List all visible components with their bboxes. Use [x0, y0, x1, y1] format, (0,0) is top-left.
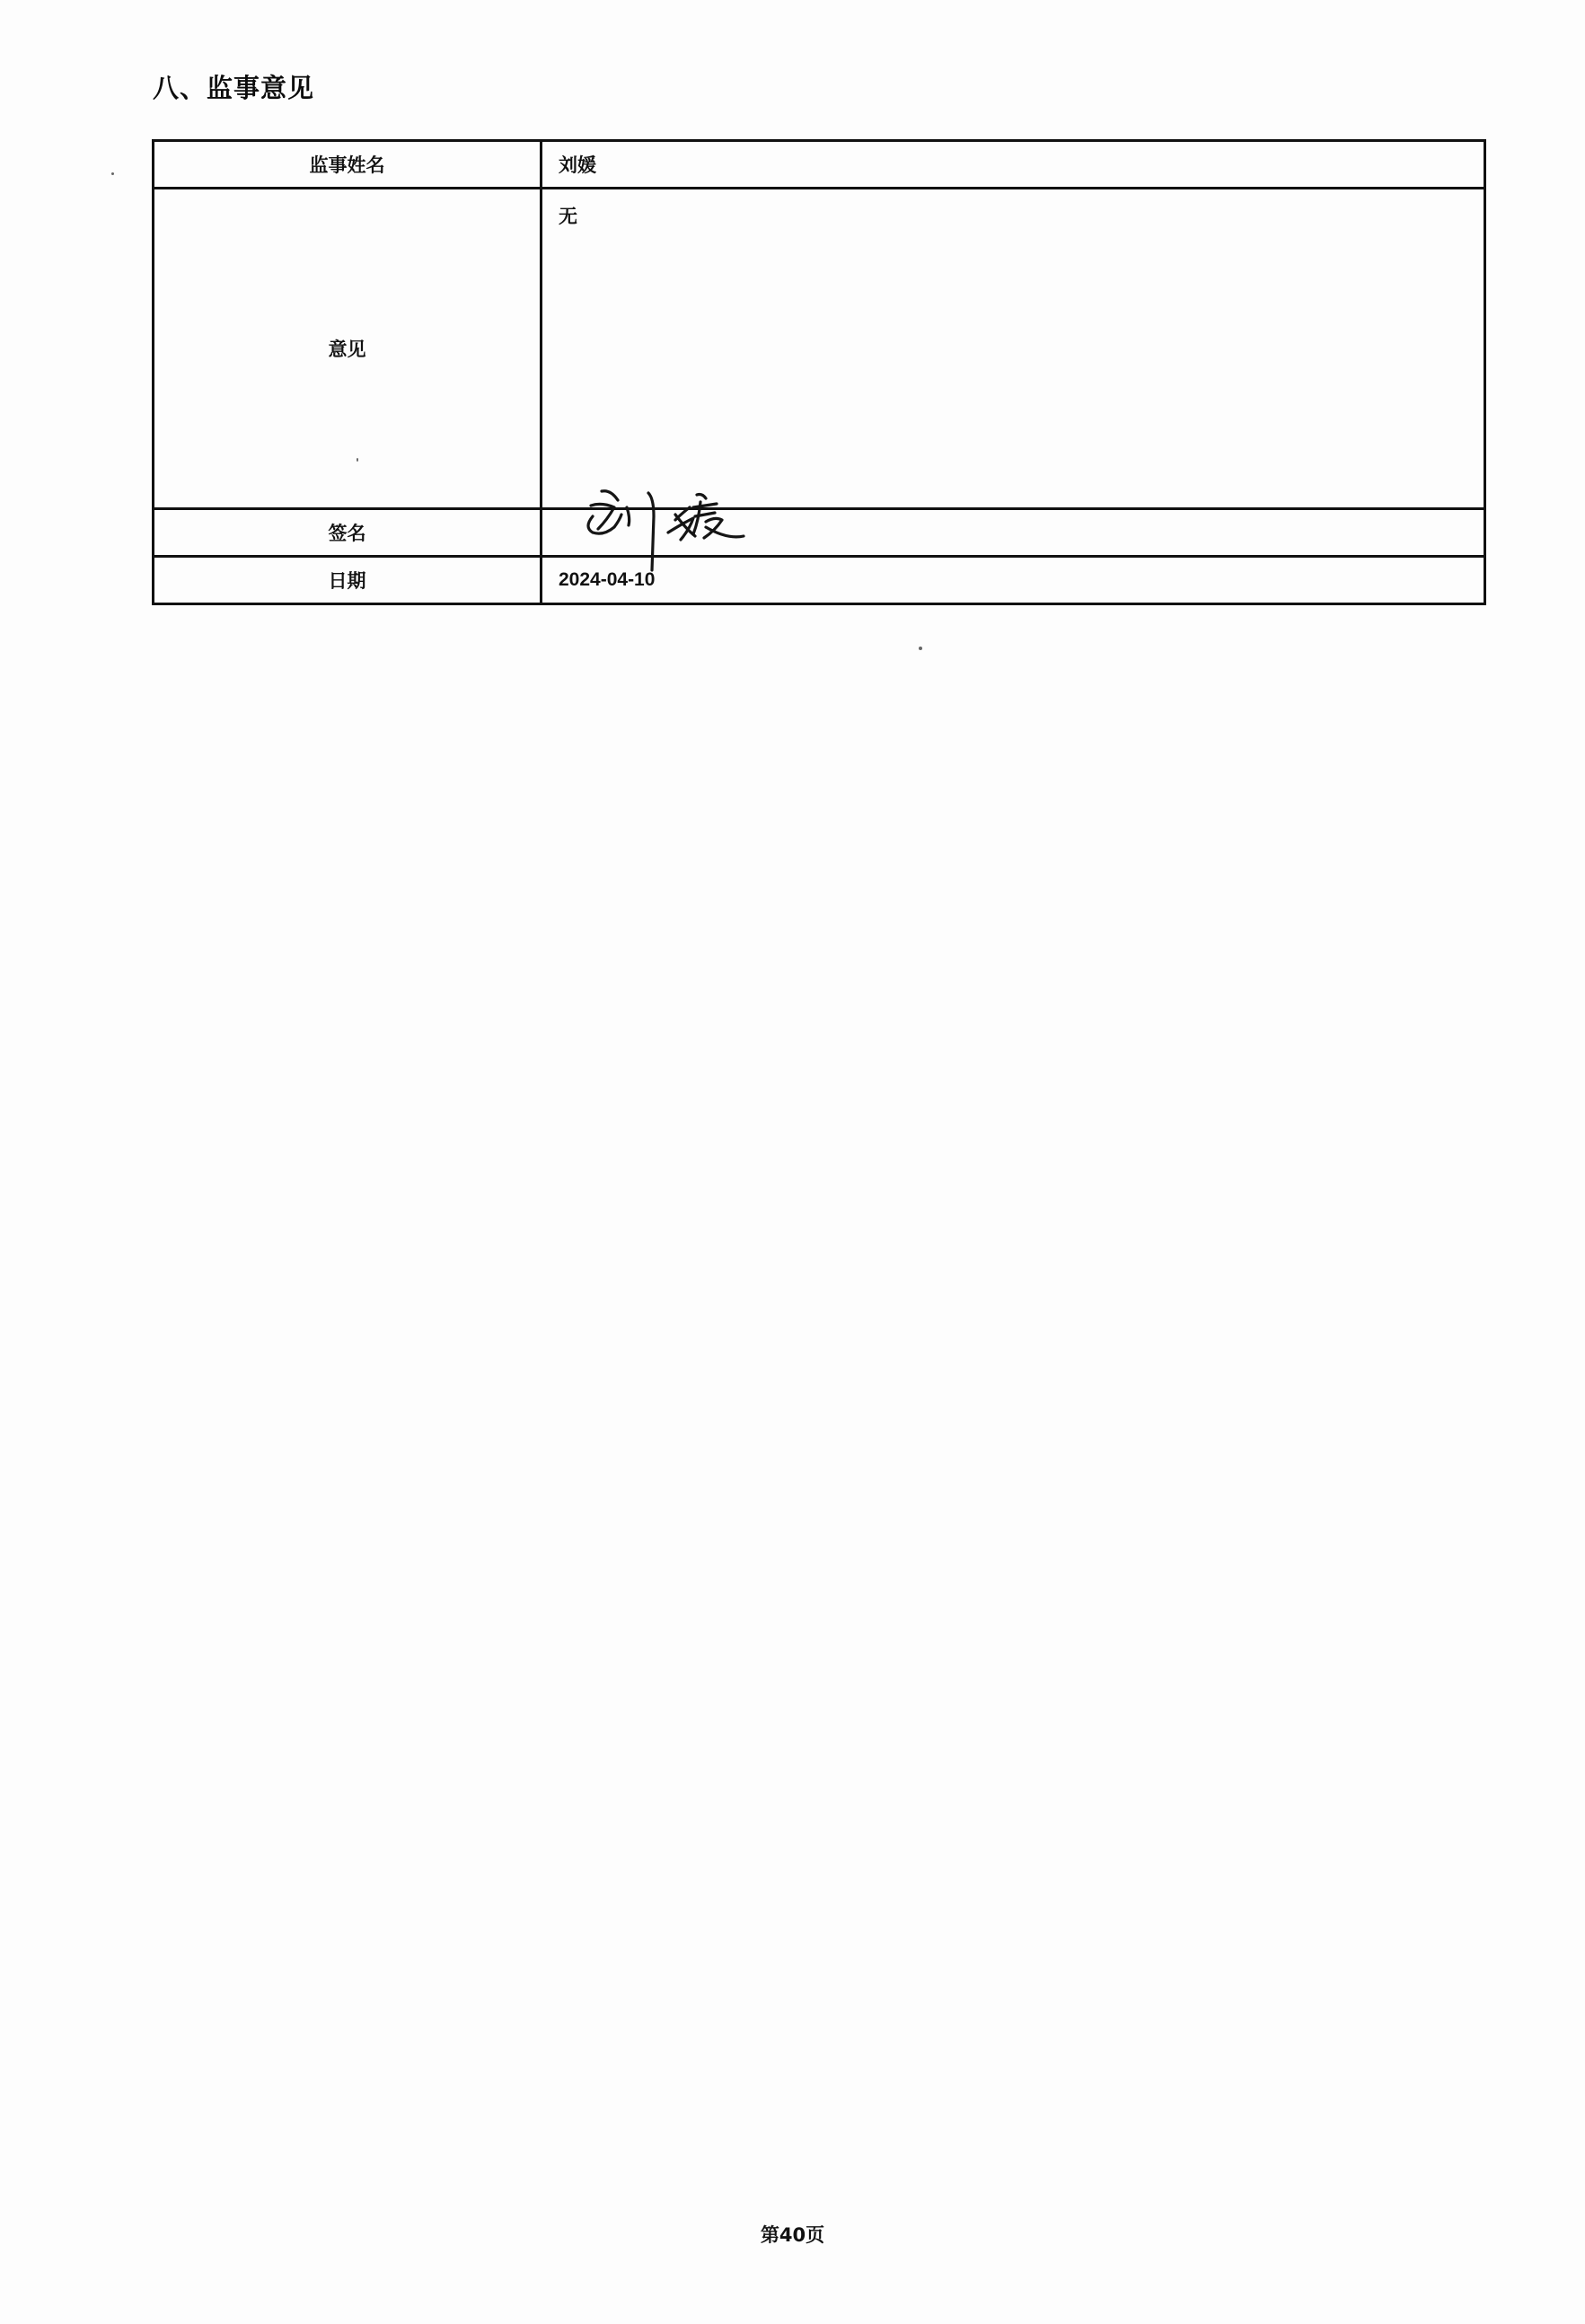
- scan-speck: [357, 458, 358, 462]
- value-opinion: 无: [542, 189, 1485, 509]
- supervisor-opinion-table: 监事姓名 刘媛 意见 无 签名 日期 2024-04-10: [152, 139, 1486, 605]
- section-title: 八、监事意见: [153, 68, 314, 105]
- label-supervisor-name: 监事姓名: [154, 141, 542, 189]
- label-opinion: 意见: [154, 189, 542, 509]
- page-number: 第40页: [0, 2221, 1585, 2248]
- table-row-opinion: 意见 无: [154, 189, 1485, 509]
- table-row-supervisor-name: 监事姓名 刘媛: [154, 141, 1485, 189]
- value-date: 2024-04-10: [542, 557, 1485, 604]
- scan-speck: [111, 172, 114, 175]
- table-row-date: 日期 2024-04-10: [154, 557, 1485, 604]
- label-signature: 签名: [154, 509, 542, 557]
- table-row-signature: 签名: [154, 509, 1485, 557]
- scan-speck: [919, 647, 922, 650]
- value-signature: [542, 509, 1485, 557]
- value-supervisor-name: 刘媛: [542, 141, 1485, 189]
- label-date: 日期: [154, 557, 542, 604]
